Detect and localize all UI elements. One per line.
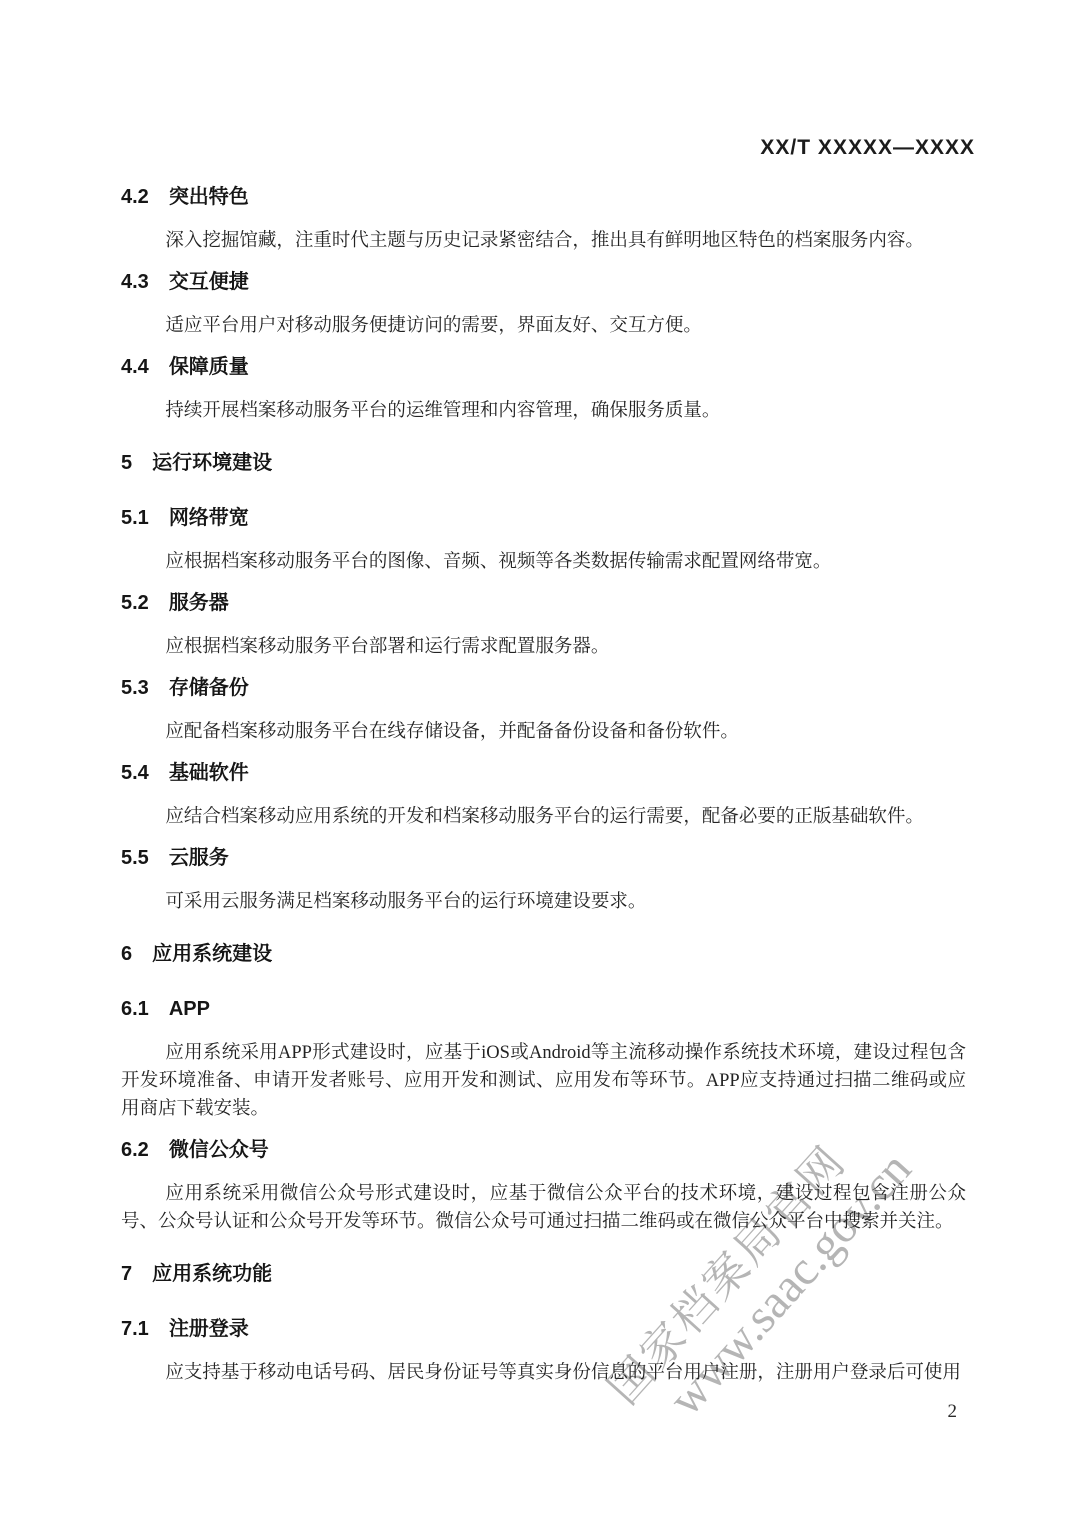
section-heading-5-5: 5.5云服务: [121, 846, 966, 870]
section-heading-4-3: 4.3交互便捷: [121, 270, 966, 294]
clause-paragraph: 应用系统采用微信公众号形式建设时，应基于微信公众平台的技术环境，建设过程包含注册…: [121, 1180, 966, 1236]
section-number: 5.2: [121, 592, 149, 614]
section-title: 突出特色: [169, 186, 249, 208]
clause-paragraph: 应结合档案移动应用系统的开发和档案移动服务平台的运行需要，配备必要的正版基础软件…: [121, 803, 966, 831]
section-number: 5.3: [121, 677, 149, 699]
section-number: 7.1: [121, 1318, 149, 1340]
page-number: 2: [948, 1401, 958, 1423]
chapter-heading-6: 6应用系统建设: [121, 942, 966, 966]
chapter-title: 应用系统功能: [152, 1263, 272, 1285]
clause-paragraph: 应根据档案移动服务平台部署和运行需求配置服务器。: [121, 633, 966, 661]
chapter-heading-5: 5运行环境建设: [121, 451, 966, 475]
section-title: APP: [169, 998, 210, 1020]
clause-paragraph: 应根据档案移动服务平台的图像、音频、视频等各类数据传输需求配置网络带宽。: [121, 548, 966, 576]
section-title: 服务器: [169, 592, 229, 614]
section-number: 5.5: [121, 847, 149, 869]
clause-paragraph: 应用系统采用APP形式建设时，应基于iOS或Android等主流移动操作系统技术…: [121, 1039, 966, 1123]
clause-paragraph: 深入挖掘馆藏，注重时代主题与历史记录紧密结合，推出具有鲜明地区特色的档案服务内容…: [121, 227, 966, 255]
section-number: 6.1: [121, 998, 149, 1020]
section-heading-5-1: 5.1网络带宽: [121, 506, 966, 530]
section-heading-7-1: 7.1注册登录: [121, 1317, 966, 1341]
section-heading-4-2: 4.2突出特色: [121, 185, 966, 209]
section-title: 交互便捷: [169, 271, 249, 293]
section-title: 云服务: [169, 847, 229, 869]
chapter-title: 运行环境建设: [152, 452, 272, 474]
clause-paragraph: 应支持基于移动电话号码、居民身份证号等真实身份信息的平台用户注册，注册用户登录后…: [121, 1359, 966, 1387]
section-heading-6-2: 6.2微信公众号: [121, 1138, 966, 1162]
chapter-heading-7: 7应用系统功能: [121, 1262, 966, 1286]
chapter-title: 应用系统建设: [152, 943, 272, 965]
clause-paragraph: 适应平台用户对移动服务便捷访问的需要，界面友好、交互方便。: [121, 312, 966, 340]
section-title: 存储备份: [169, 677, 249, 699]
chapter-number: 5: [121, 452, 132, 474]
section-number: 5.1: [121, 507, 149, 529]
section-number: 4.3: [121, 271, 149, 293]
clause-paragraph: 应配备档案移动服务平台在线存储设备，并配备备份设备和备份软件。: [121, 718, 966, 746]
chapter-number: 6: [121, 943, 132, 965]
section-title: 保障质量: [169, 356, 249, 378]
section-heading-5-3: 5.3存储备份: [121, 676, 966, 700]
document-body: 4.2突出特色 深入挖掘馆藏，注重时代主题与历史记录紧密结合，推出具有鲜明地区特…: [121, 0, 966, 1387]
document-page: 国家档案局官网 www.saac.gov.cn XX/T XXXXX—XXXX …: [0, 0, 1080, 1527]
section-heading-5-2: 5.2服务器: [121, 591, 966, 615]
section-title: 网络带宽: [169, 507, 249, 529]
section-title: 微信公众号: [169, 1139, 269, 1161]
section-title: 基础软件: [169, 762, 249, 784]
section-number: 4.4: [121, 356, 149, 378]
standard-code-header: XX/T XXXXX—XXXX: [760, 136, 975, 160]
clause-paragraph: 持续开展档案移动服务平台的运维管理和内容管理，确保服务质量。: [121, 397, 966, 425]
section-number: 5.4: [121, 762, 149, 784]
section-number: 6.2: [121, 1139, 149, 1161]
section-heading-4-4: 4.4保障质量: [121, 355, 966, 379]
chapter-number: 7: [121, 1263, 132, 1285]
section-heading-6-1: 6.1APP: [121, 997, 966, 1021]
section-number: 4.2: [121, 186, 149, 208]
section-heading-5-4: 5.4基础软件: [121, 761, 966, 785]
section-title: 注册登录: [169, 1318, 249, 1340]
clause-paragraph: 可采用云服务满足档案移动服务平台的运行环境建设要求。: [121, 888, 966, 916]
